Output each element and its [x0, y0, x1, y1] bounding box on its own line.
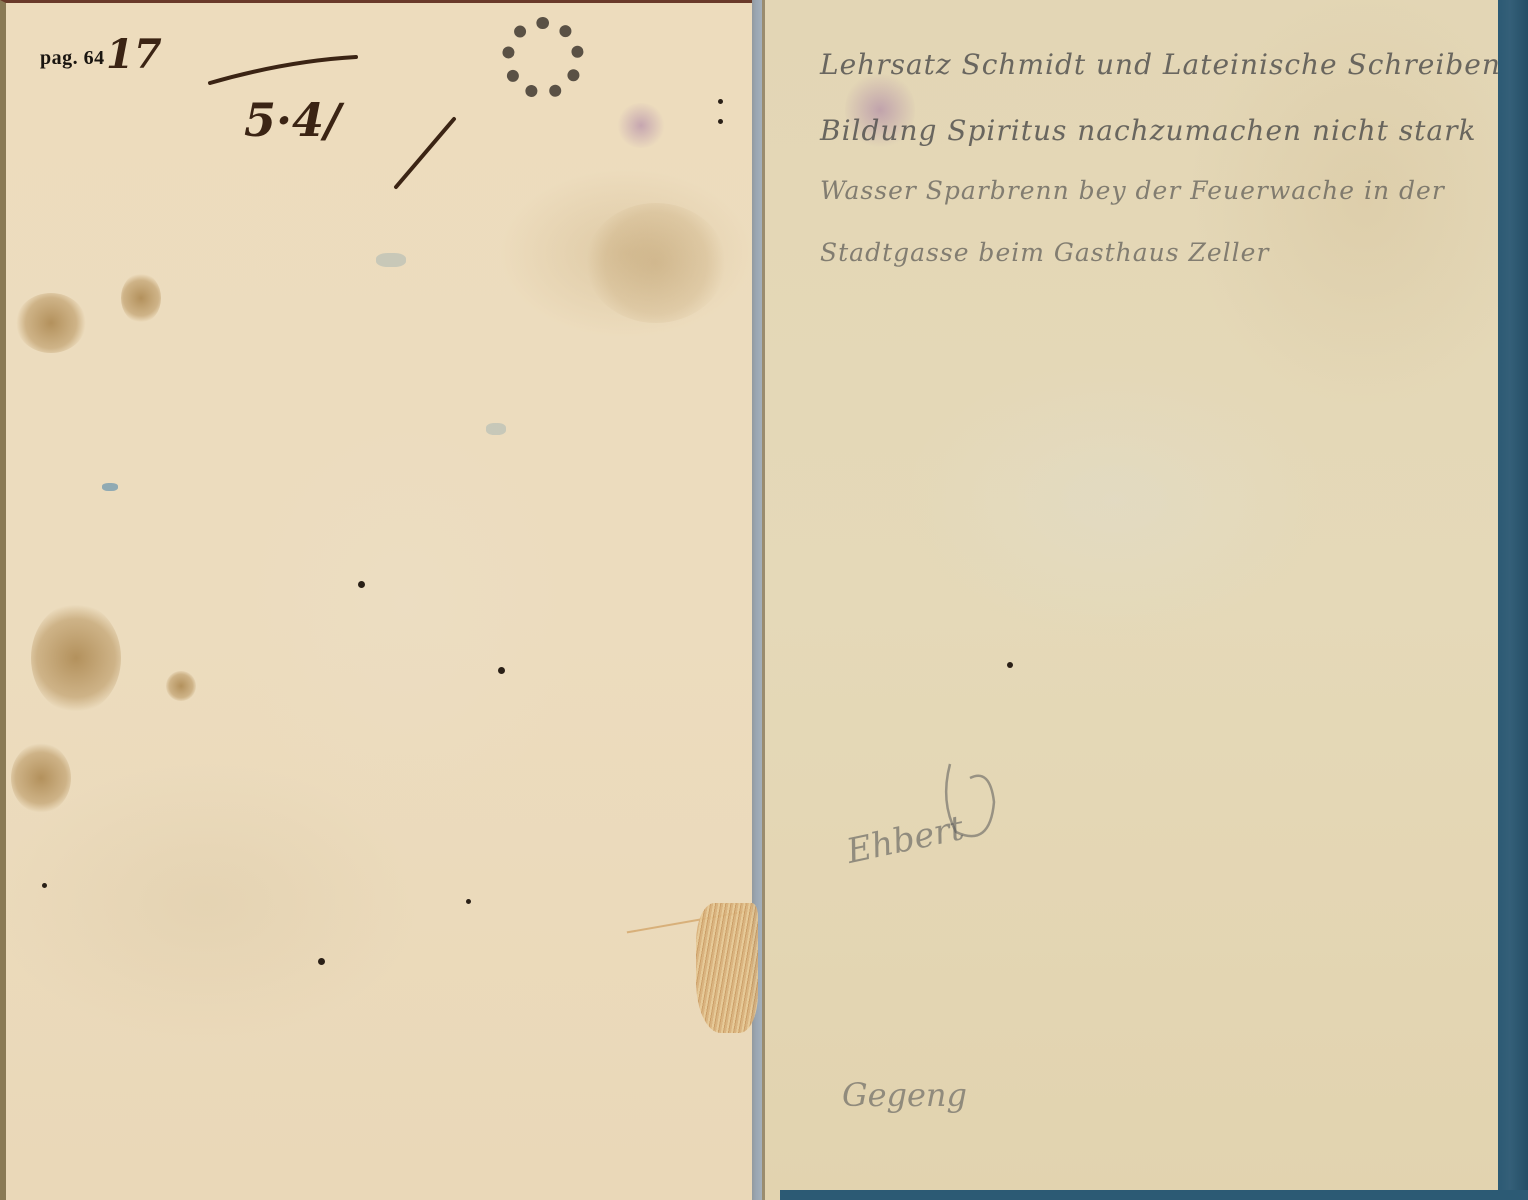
ink-speck: [718, 99, 723, 104]
ink-annotation-number: 17: [106, 31, 162, 78]
page-reference: pag. 64: [40, 47, 105, 70]
foxing-stain: [16, 293, 86, 353]
handwritten-line-2: Bildung Spiritus nachzumachen nicht star…: [820, 114, 1476, 147]
ink-stroke: [206, 43, 366, 93]
ink-speck: [498, 667, 505, 674]
blue-cover-edge: [1498, 0, 1528, 1200]
frayed-binding: [696, 903, 758, 1033]
book-spread: pag. 64 17 5·4/ Lehrsatz Schmidt und Lat…: [0, 0, 1528, 1200]
library-stamp: [502, 17, 584, 99]
ink-speck: [718, 119, 723, 124]
ink-speck: [358, 581, 365, 588]
ink-annotation-fraction: 5·4/: [244, 93, 341, 147]
handwritten-line-4: Stadtgasse beim Gasthaus Zeller: [820, 238, 1269, 267]
foxing-stain: [121, 273, 161, 323]
blue-fleck: [376, 253, 406, 267]
handwritten-line-1: Lehrsatz Schmidt und Lateinische Schreib…: [820, 48, 1501, 81]
pencil-loop: [930, 752, 1010, 852]
foxing-stain: [11, 743, 71, 813]
blue-fleck: [486, 423, 506, 435]
ink-speck: [42, 883, 47, 888]
ink-speck: [466, 899, 471, 904]
blue-fleck: [102, 483, 118, 491]
blue-cover-bottom: [780, 1190, 1528, 1200]
left-page: pag. 64 17 5·4/: [0, 0, 752, 1200]
handwritten-line-3: Wasser Sparbrenn bey der Feuerwache in d…: [820, 176, 1445, 205]
ink-speck: [1007, 662, 1013, 668]
pencil-note: Gegeng: [842, 1076, 967, 1114]
foxing-stain: [166, 671, 196, 701]
ink-speck: [318, 958, 325, 965]
foxing-stain: [31, 603, 121, 713]
violet-smudge: [616, 103, 666, 148]
ink-stroke: [386, 113, 466, 193]
foxing-stain: [586, 203, 726, 323]
